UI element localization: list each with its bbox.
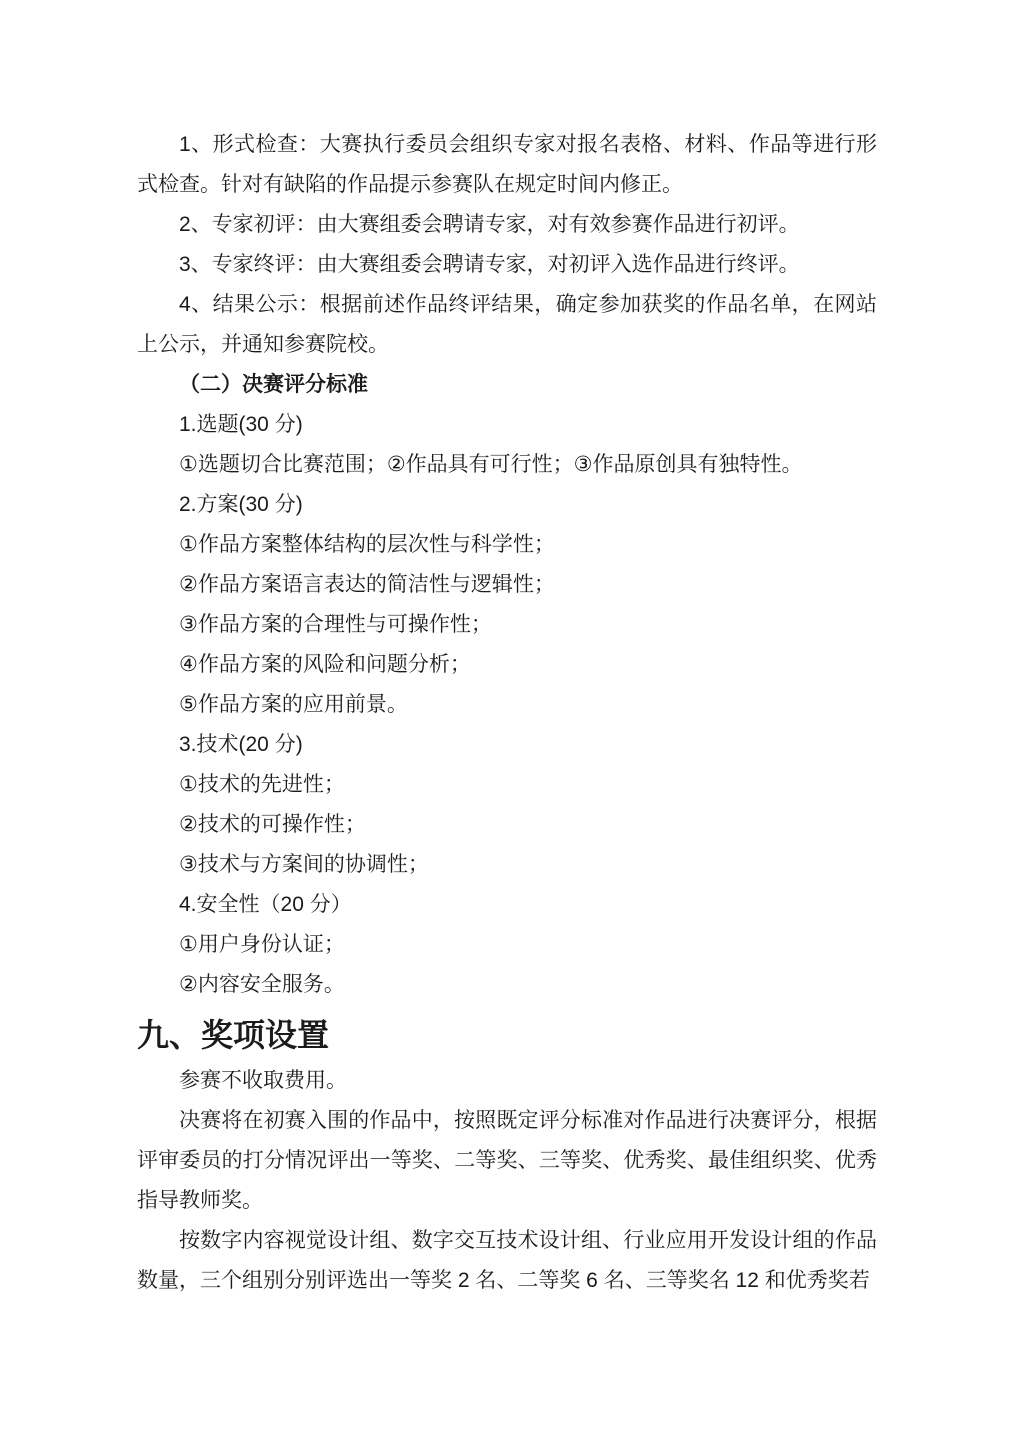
paragraph-step-form-check: 1、形式检查：大赛执行委员会组织专家对报名表格、材料、作品等进行形式检查。针对有… [137,125,877,205]
item-topic-score: 1.选题(30 分) [137,405,877,445]
item-plan-criterion-3: ③作品方案的合理性与可操作性； [137,605,877,645]
paragraph-award-evaluation: 决赛将在初赛入围的作品中，按照既定评分标准对作品进行决赛评分，根据评审委员的打分… [137,1101,877,1221]
paragraph-award-quota: 按数字内容视觉设计组、数字交互技术设计组、行业应用开发设计组的作品数量，三个组别… [137,1221,877,1301]
item-plan-criterion-5: ⑤作品方案的应用前景。 [137,685,877,725]
item-security-score: 4.安全性（20 分） [137,885,877,925]
item-plan-criterion-2: ②作品方案语言表达的简洁性与逻辑性； [137,565,877,605]
paragraph-no-fee: 参赛不收取费用。 [137,1061,877,1101]
document-page: 1、形式检查：大赛执行委员会组织专家对报名表格、材料、作品等进行形式检查。针对有… [0,0,1024,1448]
item-plan-criterion-1: ①作品方案整体结构的层次性与科学性； [137,525,877,565]
item-plan-criterion-4: ④作品方案的风险和问题分析； [137,645,877,685]
item-security-criterion-1: ①用户身份认证； [137,925,877,965]
item-tech-score: 3.技术(20 分) [137,725,877,765]
item-tech-criterion-1: ①技术的先进性； [137,765,877,805]
paragraph-step-expert-final-review: 3、专家终评：由大赛组委会聘请专家，对初评入选作品进行终评。 [137,245,877,285]
document-content: 1、形式检查：大赛执行委员会组织专家对报名表格、材料、作品等进行形式检查。针对有… [137,125,877,1301]
subsection-heading-final-scoring-criteria: （二）决赛评分标准 [137,365,877,405]
item-tech-criterion-3: ③技术与方案间的协调性； [137,845,877,885]
item-plan-score: 2.方案(30 分) [137,485,877,525]
paragraph-step-result-announcement: 4、结果公示：根据前述作品终评结果，确定参加获奖的作品名单，在网站上公示，并通知… [137,285,877,365]
item-topic-criteria: ①选题切合比赛范围；②作品具有可行性；③作品原创具有独特性。 [137,445,877,485]
section-heading-awards: 九、奖项设置 [137,1011,877,1059]
paragraph-step-expert-preliminary-review: 2、专家初评：由大赛组委会聘请专家，对有效参赛作品进行初评。 [137,205,877,245]
item-tech-criterion-2: ②技术的可操作性； [137,805,877,845]
item-security-criterion-2: ②内容安全服务。 [137,965,877,1005]
